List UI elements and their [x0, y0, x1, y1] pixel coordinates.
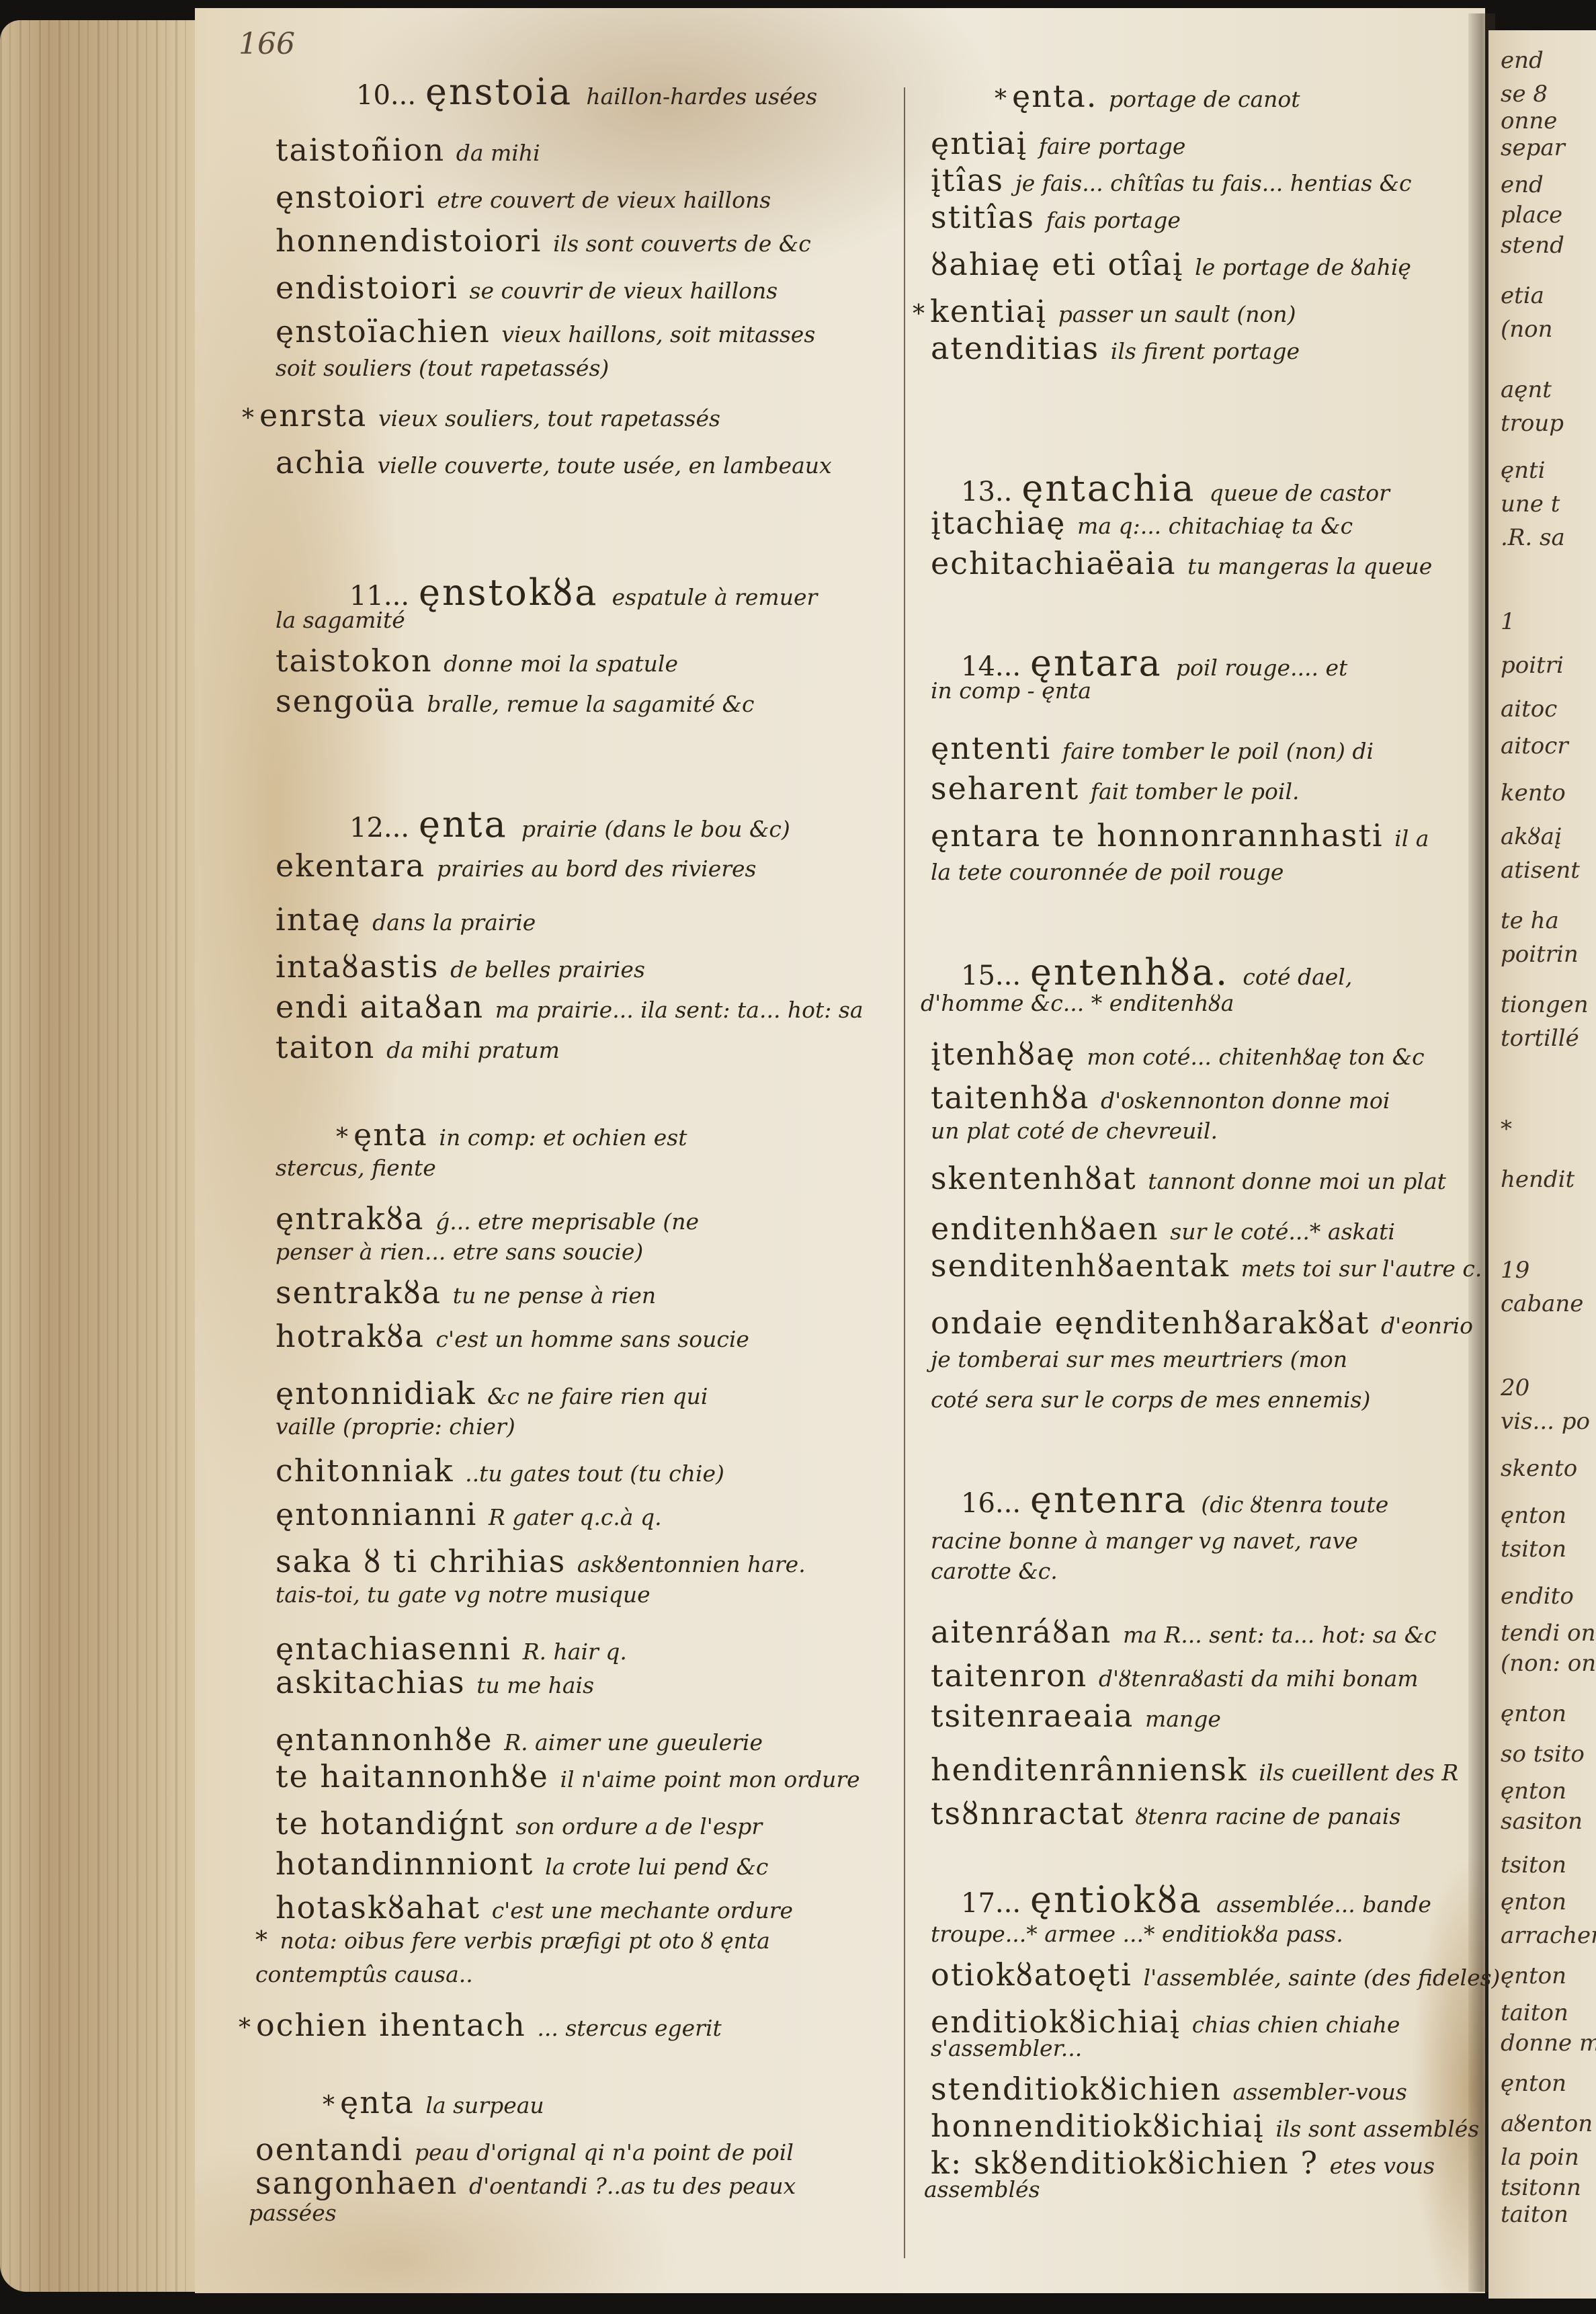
- headword: ondaie eęnditenhȣarakȣat: [931, 1305, 1381, 1341]
- column-divider: [904, 87, 905, 2258]
- gloss-text: in comp - ęnta: [931, 677, 1091, 704]
- entry-line: tais-toi, tu gate vg notre musique: [276, 1583, 650, 1607]
- entry-line: contemptûs causa..: [255, 1962, 473, 1987]
- entry-line: intaȣastis de belles prairies: [276, 951, 645, 982]
- facing-page-fragment: ęnton: [1501, 1889, 1566, 1915]
- facing-page-fragment: kento: [1501, 780, 1566, 807]
- headword: ęntara te honnonrannhasti: [931, 817, 1394, 854]
- headword: te haitannonhȣe: [276, 1758, 560, 1794]
- gloss-text: R. aimer une gueulerie: [504, 1729, 763, 1755]
- entry-line: tsȣnnractat ȣtenra racine de panais: [931, 1798, 1400, 1829]
- gloss-text: troupe...* armee ...* enditiokȣa pass.: [931, 1921, 1343, 1947]
- gloss-text: ma R... sent: ta... hot: sa &c: [1123, 1622, 1437, 1648]
- entry-line: saka ȣ ti chrihias askȣentonnien hare.: [276, 1546, 806, 1577]
- entry-number: 15...: [961, 960, 1021, 991]
- headword: ęntenti: [931, 730, 1062, 766]
- facing-page-fragment: troup: [1501, 410, 1564, 437]
- entry-line: *kentiaį passer un sault (non): [913, 296, 1296, 327]
- gloss-text: sur le coté...* askati: [1170, 1218, 1395, 1245]
- facing-page-fragment: (non: on: [1501, 1650, 1596, 1677]
- entry-line: sengoüa bralle, remue la sagamité &c: [276, 686, 754, 716]
- gloss-text: soit souliers (tout rapetassés): [276, 355, 609, 381]
- gloss-text: haillon-hardes usées: [586, 83, 817, 110]
- gloss-text: etre couvert de vieux haillons: [437, 187, 771, 213]
- entry-line: te haitannonhȣe il n'aime point mon ordu…: [276, 1761, 860, 1792]
- gloss-text: assemblée... bande: [1216, 1891, 1431, 1917]
- headword: enditenhȣaen: [931, 1210, 1170, 1247]
- entry-number: 12...: [349, 813, 409, 843]
- entry-line: *ochien ihentach ... stercus egerit: [239, 2010, 722, 2040]
- gloss-text: fais portage: [1046, 207, 1181, 233]
- entry-heading: 11...ęnstokȣa espatule à remuer: [349, 575, 817, 611]
- facing-page-fragment: ęnton: [1501, 2070, 1566, 2097]
- entry-line: penser à rien... etre sans soucie): [276, 1240, 643, 1264]
- gloss-text: tannont donne moi un plat: [1148, 1168, 1446, 1194]
- entry-line: ekentara prairies au bord des rivieres: [276, 850, 757, 881]
- entry-line: tsitenraeaia mange: [931, 1700, 1221, 1731]
- entry-heading: 13..ęntachia queue de castor: [961, 470, 1390, 507]
- gloss-text: mets toi sur l'autre c.: [1241, 1255, 1482, 1282]
- gloss-text: ... stercus egerit: [537, 2015, 721, 2041]
- headword: ęntachia: [1021, 467, 1209, 509]
- gloss-text: ils cueillent des R: [1259, 1760, 1458, 1786]
- gloss-text: d'ȣtenraȣasti da mihi bonam: [1099, 1665, 1419, 1692]
- facing-page-fragment: aitoc: [1501, 696, 1557, 722]
- gloss-text: racine bonne à manger vg navet, rave: [931, 1528, 1358, 1554]
- entry-heading: 10...ęnstoia haillon-hardes usées: [356, 74, 817, 110]
- headword: askitachias: [276, 1664, 476, 1700]
- gloss-text: coté dael,: [1243, 964, 1352, 990]
- headword: kentiaį: [930, 293, 1058, 329]
- headword: henditenrânniensk: [931, 1751, 1259, 1788]
- entry-line: skentenhȣat tannont donne moi un plat: [931, 1163, 1446, 1194]
- entry-line: taitenron d'ȣtenraȣasti da mihi bonam: [931, 1660, 1419, 1691]
- gloss-text: la tete couronnée de poil rouge: [931, 859, 1284, 885]
- facing-page-fragment: so tsito: [1501, 1741, 1585, 1768]
- entry-line: la sagamité: [276, 608, 405, 632]
- facing-page-fragment: etia: [1501, 282, 1544, 309]
- facing-page-fragment: akȣaį: [1501, 823, 1562, 850]
- entry-line: in comp - ęnta: [931, 679, 1091, 703]
- facing-page: endse 8onneseparendplacestendetia(nonaęn…: [1488, 30, 1596, 2299]
- facing-page-fragment: tortillé: [1501, 1025, 1579, 1052]
- headword: endistoiori: [276, 270, 470, 306]
- entry-line: ęntiaį faire portage: [931, 128, 1185, 159]
- facing-page-fragment: aitocr: [1501, 733, 1568, 759]
- entry-line: ęntara te honnonrannhasti il a: [931, 820, 1429, 851]
- headword: k: skȣenditiokȣichien ?: [931, 2145, 1330, 2181]
- gloss-text: tu ne pense à rien: [453, 1282, 656, 1309]
- headword: ęntenra: [1030, 1479, 1201, 1521]
- facing-page-fragment: ęnton: [1501, 1502, 1566, 1529]
- headword: te hotandiǵnt: [276, 1805, 516, 1842]
- headword: hotandinnniont: [276, 1846, 545, 1882]
- entry-line: * nota: oibus fere verbis præfigi pt oto…: [255, 1929, 770, 1953]
- entry-line: taistokon donne moi la spatule: [276, 645, 678, 676]
- headword: ęnta: [340, 2084, 425, 2120]
- gloss-text: stercus, fiente: [276, 1155, 436, 1181]
- headword: enditiokȣichiaį: [931, 2003, 1192, 2040]
- entry-line: įtenhȣaę mon coté... chitenhȣaę ton &c: [931, 1038, 1425, 1069]
- headword: taitenron: [931, 1657, 1099, 1694]
- entry-heading: 17...ęntiokȣa assemblée... bande: [961, 1882, 1431, 1918]
- gloss-text: espatule à remuer: [612, 584, 818, 610]
- gloss-text: ils firent portage: [1111, 338, 1300, 364]
- entry-line: *ęnta la surpeau: [323, 2087, 544, 2118]
- headword: enrsta: [259, 397, 378, 433]
- headword: ȣahiaę eti otîaį: [931, 246, 1195, 282]
- entry-line: un plat coté de chevreuil.: [931, 1119, 1218, 1143]
- entry-line: taistoñion da mihi: [276, 134, 540, 165]
- headword: ęnta.: [1012, 78, 1109, 114]
- gloss-text: vieux haillons, soit mitasses: [501, 321, 815, 347]
- gloss-text: s'assembler...: [931, 2035, 1082, 2061]
- gloss-text: d'oskennonton donne moi: [1101, 1087, 1390, 1114]
- facing-page-fragment: aȣenton: [1501, 2110, 1593, 2137]
- headword: sangonhaen: [255, 2165, 469, 2201]
- gloss-text: se couvrir de vieux haillons: [470, 278, 778, 304]
- facing-page-fragment: end: [1501, 47, 1544, 74]
- facing-page-fragment: aęnt: [1501, 376, 1552, 403]
- gloss-text: il a: [1394, 825, 1429, 852]
- entry-line: hotaskȣahat c'est une mechante ordure: [276, 1892, 793, 1923]
- gloss-text: ma q:... chitachiaę ta &c: [1077, 513, 1353, 539]
- gloss-text: etes vous: [1330, 2153, 1435, 2179]
- facing-page-fragment: skento: [1501, 1455, 1577, 1482]
- headword: saka ȣ ti chrihias: [276, 1543, 577, 1579]
- headword: intaę: [276, 901, 372, 938]
- gloss-text: le portage de ȣahię: [1195, 254, 1411, 280]
- gloss-text: un plat coté de chevreuil.: [931, 1118, 1218, 1144]
- headword: honnendistoiori: [276, 222, 553, 259]
- entry-line: ęntonnianni R gater q.c.à q.: [276, 1499, 662, 1530]
- gloss-text: la crote lui pend &c: [545, 1854, 768, 1880]
- asterisk-mark: *: [336, 1124, 348, 1151]
- headword: endi aitaȣan: [276, 989, 495, 1025]
- facing-page-fragment: cabane: [1501, 1290, 1583, 1317]
- entry-line: la tete couronnée de poil rouge: [931, 860, 1284, 884]
- entry-line: stercus, fiente: [276, 1156, 436, 1180]
- headword: intaȣastis: [276, 948, 450, 985]
- facing-page-fragment: end: [1501, 171, 1544, 198]
- headword: chitonniak: [276, 1452, 465, 1489]
- headword: ęnstoia: [425, 71, 586, 113]
- gloss-text: passer un sault (non): [1058, 301, 1296, 327]
- gloss-text: queue de castor: [1210, 480, 1390, 506]
- headword: echitachiaëaia: [931, 545, 1187, 581]
- gloss-text: penser à rien... etre sans soucie): [276, 1239, 643, 1265]
- gloss-text: c'est une mechante ordure: [492, 1897, 793, 1924]
- entry-line: *ęnta. portage de canot: [995, 81, 1300, 112]
- entry-line: assemblés: [924, 2178, 1040, 2202]
- headword: ekentara: [276, 848, 437, 884]
- headword: ęntiaį: [931, 125, 1039, 161]
- gloss-text: faire portage: [1039, 133, 1186, 159]
- gloss-text: je fais... chîtîas tu fais... hentias &c: [1015, 170, 1412, 196]
- facing-page-fragment: 1: [1501, 608, 1515, 635]
- entry-line: soit souliers (tout rapetassés): [276, 356, 609, 380]
- facing-page-fragment: une t: [1501, 491, 1560, 518]
- entry-line: hotrakȣa c'est un homme sans soucie: [276, 1321, 749, 1352]
- headword: įtachiaę: [931, 505, 1077, 541]
- entry-line: ęntannonhȣe R. aimer une gueulerie: [276, 1724, 763, 1755]
- headword: įtenhȣaę: [931, 1036, 1087, 1072]
- gloss-text: il n'aime point mon ordure: [560, 1766, 859, 1792]
- headword: ęnstoïachien: [276, 313, 501, 349]
- entry-line: askitachias tu me hais: [276, 1667, 594, 1698]
- entry-number: 17...: [961, 1888, 1021, 1919]
- gloss-text: d'eonrio: [1381, 1313, 1473, 1339]
- facing-page-fragment: arracher: [1501, 1922, 1596, 1949]
- entry-line: *enrsta vieux souliers, tout rapetassés: [242, 400, 720, 431]
- gloss-text: poil rouge.... et: [1176, 655, 1347, 681]
- entry-line: racine bonne à manger vg navet, rave: [931, 1529, 1358, 1553]
- headword: ęntonnianni: [276, 1496, 489, 1532]
- entry-line: vaille (proprie: chier): [276, 1415, 515, 1439]
- gloss-text: vaille (proprie: chier): [276, 1413, 515, 1440]
- facing-page-fragment: te ha: [1501, 907, 1559, 934]
- gloss-text: (dic ȣtenra toute: [1201, 1491, 1388, 1518]
- gloss-text: je tomberai sur mes meurtriers (mon: [931, 1346, 1347, 1372]
- book-page-edges: [0, 20, 195, 2292]
- entry-heading: 16...ęntenra (dic ȣtenra toute: [961, 1482, 1388, 1518]
- gloss-text: donne moi la spatule: [444, 651, 678, 677]
- gloss-text: R gater q.c.à q.: [489, 1504, 662, 1530]
- entry-line: enditiokȣichiaį chias chien chiahe: [931, 2006, 1400, 2037]
- facing-page-fragment: place: [1501, 202, 1562, 229]
- entry-line: taiton da mihi pratum: [276, 1032, 560, 1063]
- asterisk-mark: *: [255, 1927, 267, 1954]
- entry-line: atenditias ils firent portage: [931, 333, 1300, 364]
- headword: ęnstokȣa: [419, 571, 612, 614]
- entry-line: ęntrakȣa ǵ... etre meprisable (ne: [276, 1203, 699, 1234]
- facing-page-fragment: separ: [1501, 134, 1565, 161]
- gloss-text: assemblés: [924, 2176, 1040, 2202]
- facing-page-fragment: stend: [1501, 232, 1564, 259]
- headword: sengoüa: [276, 683, 427, 719]
- entry-number: 10...: [356, 80, 416, 111]
- headword: senditenhȣaentak: [931, 1247, 1241, 1284]
- facing-page-fragment: se 8: [1501, 81, 1548, 108]
- page-number: 166: [239, 27, 295, 61]
- facing-page-fragment: ęnton: [1501, 1778, 1566, 1805]
- entry-line: stitîas fais portage: [931, 202, 1181, 233]
- headword: achia: [276, 444, 378, 481]
- gloss-text: prairie (dans le bou &c): [521, 816, 790, 842]
- entry-line: hotandinnniont la crote lui pend &c: [276, 1848, 768, 1879]
- entry-line: coté sera sur le corps de mes ennemis): [931, 1388, 1370, 1412]
- gloss-text: dans la prairie: [372, 909, 536, 936]
- entry-line: endistoiori se couvrir de vieux haillons: [276, 272, 778, 303]
- gloss-text: la sagamité: [276, 607, 405, 633]
- facing-page-fragment: .R. sa: [1501, 524, 1565, 551]
- gloss-text: tu mangeras la queue: [1187, 553, 1432, 579]
- entry-line: sentrakȣa tu ne pense à rien: [276, 1277, 656, 1308]
- gloss-text: mon coté... chitenhȣaę ton &c: [1087, 1044, 1424, 1070]
- entry-line: achia vielle couverte, toute usée, en la…: [276, 447, 832, 478]
- gloss-text: son ordure a de l'espr: [516, 1813, 763, 1840]
- headword: hotrakȣa: [276, 1318, 436, 1354]
- gloss-text: nota: oibus fere verbis præfigi pt oto ȣ…: [273, 1928, 770, 1954]
- facing-page-fragment: sasiton: [1501, 1808, 1583, 1835]
- entry-line: te hotandiǵnt son ordure a de l'espr: [276, 1808, 762, 1839]
- gloss-text: peau d'orignal qi n'a point de poil: [415, 2139, 794, 2165]
- facing-page-fragment: ęnton: [1501, 1962, 1566, 1989]
- entry-line: aitenráȣan ma R... sent: ta... hot: sa &…: [931, 1616, 1437, 1647]
- entry-line: stenditiokȣichien assembler-vous: [931, 2073, 1407, 2104]
- headword: ęnta: [353, 1116, 439, 1153]
- facing-page-fragment: tsiton: [1501, 1536, 1566, 1563]
- headword: ęnta: [419, 803, 521, 845]
- facing-page-fragment: onne: [1501, 108, 1557, 134]
- gloss-text: &c ne faire rien qui: [487, 1383, 708, 1409]
- asterisk-mark: *: [995, 85, 1007, 113]
- headword: aitenráȣan: [931, 1614, 1123, 1650]
- facing-page-fragment: tiongen: [1501, 991, 1589, 1018]
- headword: stenditiokȣichien: [931, 2071, 1233, 2107]
- headword: stitîas: [931, 199, 1046, 235]
- facing-page-fragment: 20: [1501, 1374, 1529, 1401]
- entry-line: ęnstoïachien vieux haillons, soit mitass…: [276, 316, 815, 347]
- asterisk-mark: *: [323, 2092, 335, 2119]
- headword: otiokȣatoęti: [931, 1956, 1144, 1993]
- entry-line: honnenditiokȣichiaį ils sont assemblés: [931, 2110, 1479, 2141]
- gloss-text: faire tomber le poil (non) di: [1062, 738, 1374, 764]
- gloss-text: tais-toi, tu gate vg notre musique: [276, 1581, 650, 1608]
- gloss-text: c'est un homme sans soucie: [436, 1326, 749, 1352]
- headword: ęntonnidiak: [276, 1375, 487, 1411]
- entry-line: oentandi peau d'orignal qi n'a point de …: [255, 2134, 794, 2165]
- entry-line: seharent fait tomber le poil.: [931, 773, 1300, 804]
- facing-page-fragment: tsiton: [1501, 1852, 1566, 1878]
- facing-page-fragment: tsitonn: [1501, 2174, 1581, 2201]
- gloss-text: da mihi pratum: [386, 1037, 560, 1063]
- headword: ęntenhȣa.: [1030, 951, 1243, 993]
- gloss-text: ma prairie... ila sent: ta... hot: sa: [495, 997, 864, 1023]
- facing-page-fragment: atisent: [1501, 857, 1580, 884]
- gloss-text: tu me hais: [476, 1672, 594, 1698]
- gloss-text: contemptûs causa..: [255, 1961, 473, 1987]
- gloss-text: in comp: et ochien est: [439, 1124, 687, 1151]
- entry-line: įtîas je fais... chîtîas tu fais... hent…: [931, 165, 1412, 196]
- entry-line: s'assembler...: [931, 2036, 1082, 2061]
- headword: taistoñion: [276, 132, 456, 168]
- gloss-text: vielle couverte, toute usée, en lambeaux: [378, 452, 832, 479]
- gloss-text: chias chien chiahe: [1192, 2012, 1400, 2038]
- headword: ęntannonhȣe: [276, 1721, 504, 1758]
- entry-number: 16...: [961, 1488, 1021, 1519]
- entry-line: ęnstoiori etre couvert de vieux haillons: [276, 181, 771, 212]
- entry-line: ęntonnidiak &c ne faire rien qui: [276, 1378, 708, 1409]
- headword: skentenhȣat: [931, 1160, 1148, 1196]
- entry-line: ȣahiaę eti otîaį le portage de ȣahię: [931, 249, 1411, 280]
- entry-line: troupe...* armee ...* enditiokȣa pass.: [931, 1922, 1343, 1946]
- headword: taistokon: [276, 643, 444, 679]
- gloss-text: ..tu gates tout (tu chie): [465, 1460, 724, 1487]
- gloss-text: d'oentandi ?..as tu des peaux: [469, 2173, 796, 2199]
- gloss-text: coté sera sur le corps de mes ennemis): [931, 1387, 1370, 1413]
- headword: atenditias: [931, 330, 1111, 366]
- gloss-text: prairies au bord des rivieres: [437, 856, 757, 882]
- facing-page-fragment: tendi on: [1501, 1620, 1596, 1647]
- entry-line: k: skȣenditiokȣichien ? etes vous: [931, 2147, 1435, 2178]
- gloss-text: portage de canot: [1109, 86, 1300, 112]
- facing-page-fragment: la poin: [1501, 2144, 1579, 2171]
- gloss-text: l'assemblée, sainte (des fideles): [1144, 1965, 1501, 1991]
- entry-line: carotte &c.: [931, 1559, 1058, 1583]
- facing-page-fragment: ęnton: [1501, 1700, 1566, 1727]
- entry-line: henditenrânniensk ils cueillent des R: [931, 1754, 1458, 1785]
- facing-page-fragment: vis... po: [1501, 1408, 1590, 1435]
- gloss-text: ǵ... etre meprisable (ne: [435, 1208, 699, 1235]
- headword: taitenhȣa: [931, 1079, 1101, 1116]
- entry-line: intaę dans la prairie: [276, 904, 536, 935]
- entry-number: 13..: [961, 477, 1012, 507]
- gloss-text: ils sont couverts de &c: [553, 231, 811, 257]
- facing-page-fragment: 19: [1501, 1257, 1529, 1284]
- entry-line: endi aitaȣan ma prairie... ila sent: ta.…: [276, 991, 864, 1022]
- headword: oentandi: [255, 2131, 415, 2167]
- gloss-text: passées: [249, 2200, 337, 2226]
- entry-line: ęntachiasenni R. hair q.: [276, 1633, 627, 1664]
- gloss-text: ils sont assemblés: [1275, 2116, 1479, 2142]
- entry-line: sangonhaen d'oentandi ?..as tu des peaux: [255, 2167, 796, 2198]
- facing-page-fragment: ęnti: [1501, 457, 1546, 484]
- gloss-text: R. hair q.: [523, 1639, 627, 1665]
- gloss-text: vieux souliers, tout rapetassés: [378, 405, 720, 431]
- headword: ęnstoiori: [276, 179, 437, 215]
- headword: seharent: [931, 770, 1091, 807]
- headword: tsȣnnractat: [931, 1795, 1136, 1831]
- gloss-text: fait tomber le poil.: [1091, 778, 1300, 804]
- gloss-text: de belles prairies: [450, 956, 645, 983]
- entry-line: d'homme &c... * enditenhȣa: [921, 991, 1234, 1016]
- headword: įtîas: [931, 162, 1015, 198]
- facing-page-fragment: donne m: [1501, 2030, 1596, 2057]
- entry-line: įtachiaę ma q:... chitachiaę ta &c: [931, 507, 1353, 538]
- headword: honnenditiokȣichiaį: [931, 2108, 1275, 2144]
- entry-line: enditenhȣaen sur le coté...* askati: [931, 1213, 1395, 1244]
- entry-line: *ęnta in comp: et ochien est: [336, 1119, 687, 1150]
- headword: sentrakȣa: [276, 1274, 453, 1311]
- gloss-text: da mihi: [456, 140, 540, 166]
- entry-line: otiokȣatoęti l'assemblée, sainte (des fi…: [931, 1959, 1500, 1990]
- entry-heading: 12...ęnta prairie (dans le bou &c): [349, 807, 790, 843]
- gloss-text: ȣtenra racine de panais: [1136, 1803, 1400, 1829]
- facing-page-fragment: poitrin: [1501, 941, 1579, 968]
- entry-line: ondaie eęnditenhȣarakȣat d'eonrio: [931, 1307, 1473, 1338]
- gloss-text: d'homme &c... * enditenhȣa: [921, 990, 1234, 1016]
- headword: ęntachiasenni: [276, 1630, 523, 1667]
- entry-line: je tomberai sur mes meurtriers (mon: [931, 1348, 1347, 1372]
- entry-line: chitonniak ..tu gates tout (tu chie): [276, 1455, 724, 1486]
- gloss-text: bralle, remue la sagamité &c: [427, 691, 754, 717]
- entry-heading: 14...ęntara poil rouge.... et: [961, 645, 1347, 681]
- asterisk-mark: *: [242, 405, 254, 432]
- entry-line: passées: [249, 2201, 337, 2225]
- asterisk-mark: *: [239, 2014, 251, 2042]
- facing-page-fragment: taiton: [1501, 1999, 1568, 2026]
- facing-page-fragment: taiton: [1501, 2201, 1568, 2228]
- entry-line: echitachiaëaia tu mangeras la queue: [931, 548, 1432, 579]
- asterisk-mark: *: [913, 300, 925, 328]
- facing-page-fragment: *: [1501, 1116, 1512, 1143]
- facing-page-fragment: poitri: [1501, 652, 1564, 679]
- entry-line: senditenhȣaentak mets toi sur l'autre c.: [931, 1250, 1482, 1281]
- headword: tsitenraeaia: [931, 1698, 1145, 1734]
- entry-line: ęntenti faire tomber le poil (non) di: [931, 733, 1374, 763]
- gloss-text: carotte &c.: [931, 1558, 1058, 1584]
